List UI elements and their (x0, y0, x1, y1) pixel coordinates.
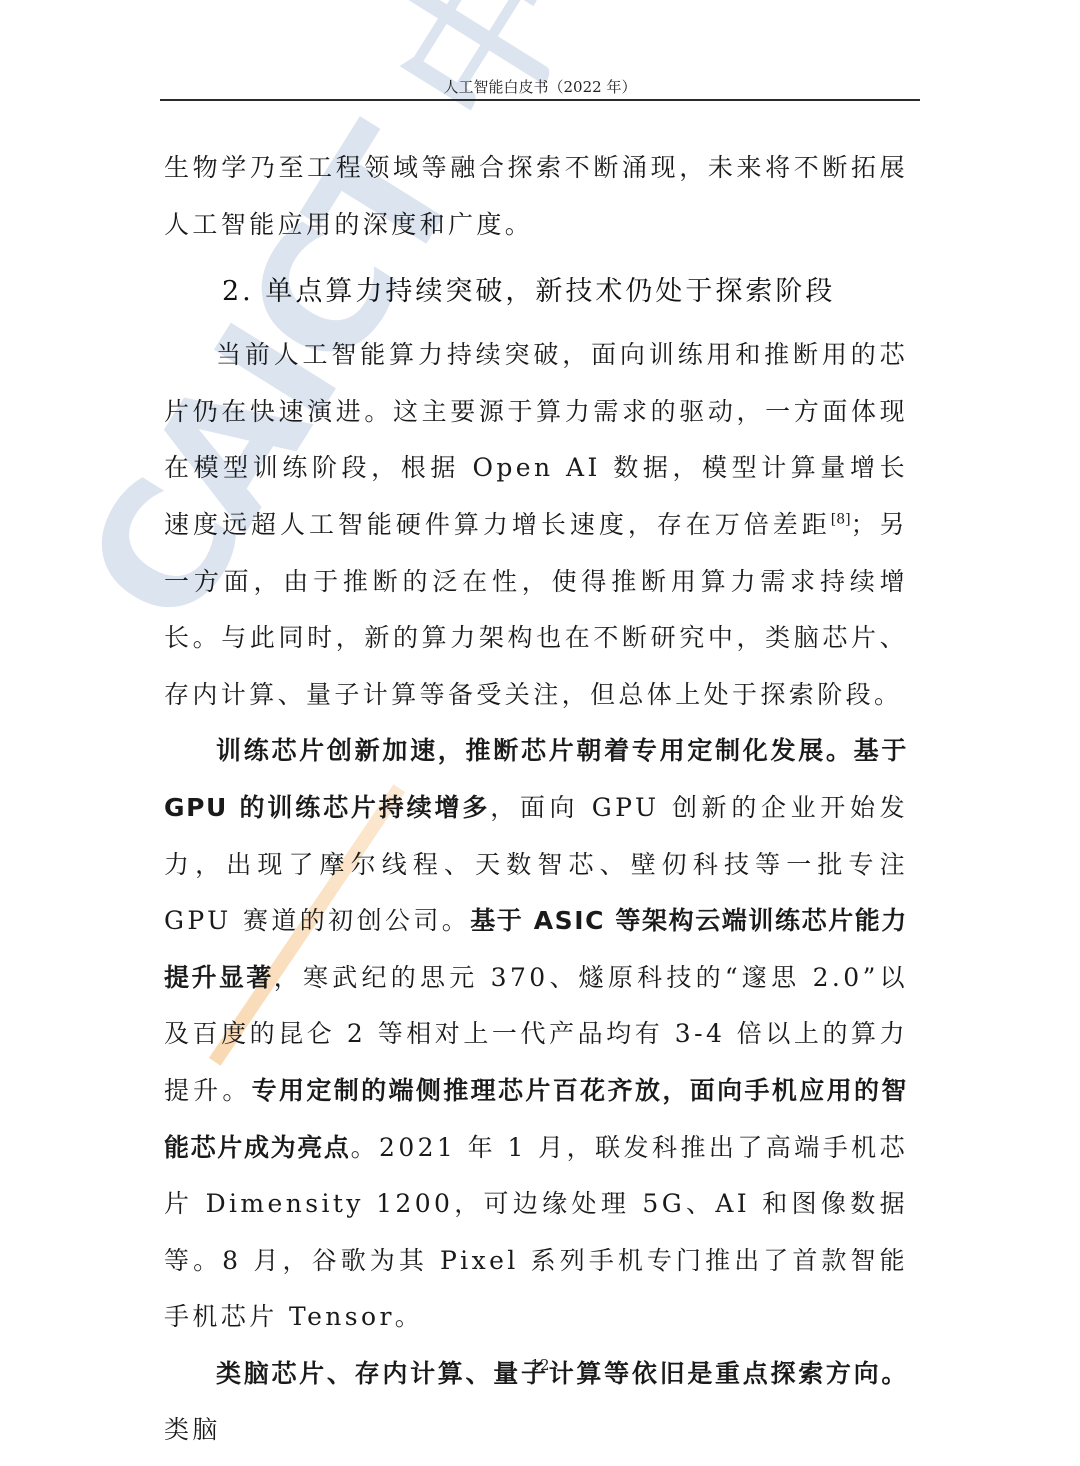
page-number: 12 (0, 1356, 1080, 1374)
paragraph-chips: 训练芯片创新加速，推断芯片朝着专用定制化发展。基于 GPU 的训练芯片持续增多，… (164, 723, 908, 1346)
document-page: CAICT 中国信通院 人工智能白皮书（2022 年） 生物学乃至工程领域等融合… (0, 0, 1080, 1466)
paragraph-text: 类脑 (164, 1415, 221, 1444)
citation-ref[interactable]: [8] (831, 512, 851, 528)
paragraph-text: 。2021 年 1 月，联发科推出了高端手机芯片 Dimensity 1200，… (164, 1133, 908, 1332)
header-divider (160, 99, 920, 101)
paragraph-compute: 当前人工智能算力持续突破，面向训练用和推断用的芯片仍在快速演进。这主要源于算力需… (164, 327, 908, 723)
section-heading: 2. 单点算力持续突破，新技术仍处于探索阶段 (164, 261, 908, 323)
running-header: 人工智能白皮书（2022 年） (162, 76, 918, 97)
paragraph-continued: 生物学乃至工程领域等融合探索不断涌现，未来将不断拓展人工智能应用的深度和广度。 (164, 140, 908, 253)
paragraph-text: ；另一方面，由于推断的泛在性，使得推断用算力需求持续增长。与此同时，新的算力架构… (164, 510, 908, 709)
page-body: 生物学乃至工程领域等融合探索不断涌现，未来将不断拓展人工智能应用的深度和广度。 … (164, 140, 908, 1459)
paragraph-text: 当前人工智能算力持续突破，面向训练用和推断用的芯片仍在快速演进。这主要源于算力需… (164, 340, 908, 539)
